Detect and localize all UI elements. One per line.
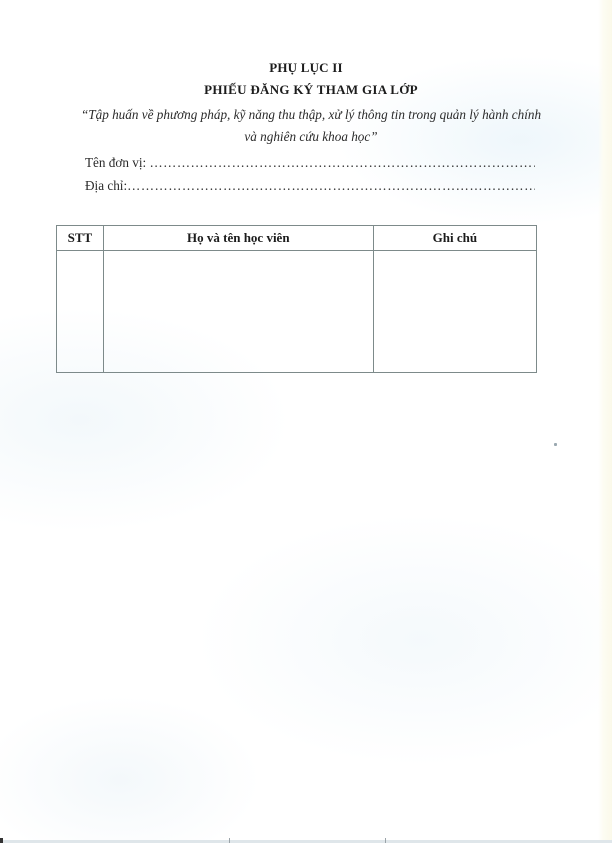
column-header-notes: Ghi chú (373, 226, 536, 251)
appendix-label: PHỤ LỤC II (0, 60, 612, 76)
address-label: Địa chỉ: (85, 178, 127, 193)
unit-name-input-line[interactable]: ……………………………………………………………………………… (149, 155, 535, 170)
course-title-line-1: “Tập huấn về phương pháp, kỹ năng thu th… (60, 104, 562, 126)
scan-speck (554, 443, 557, 446)
unit-name-label: Tên đơn vị: (85, 155, 149, 170)
column-header-stt: STT (57, 226, 104, 251)
form-title: PHIẾU ĐĂNG KÝ THAM GIA LỚP (0, 82, 612, 98)
edge-tick (229, 838, 230, 843)
cell-stt[interactable] (57, 251, 104, 373)
edge-tick (385, 838, 386, 843)
table-row (57, 251, 537, 373)
page-edge-strip (598, 0, 612, 843)
course-title-line-2: và nghiên cứu khoa học” (60, 126, 562, 148)
page-corner-mark (0, 838, 3, 843)
table-header-row: STT Họ và tên học viên Ghi chú (57, 226, 537, 251)
participant-table: STT Họ và tên học viên Ghi chú (56, 225, 537, 373)
cell-notes[interactable] (373, 251, 536, 373)
column-header-student-name: Họ và tên học viên (103, 226, 373, 251)
address-input-line[interactable]: ………………………………………………………………………………… (127, 178, 535, 193)
cell-student-name[interactable] (103, 251, 373, 373)
address-field[interactable]: Địa chỉ:………………………………………………………………………………… (85, 178, 535, 194)
unit-name-field[interactable]: Tên đơn vị: …………………………………………………………………………… (85, 155, 535, 171)
course-title: “Tập huấn về phương pháp, kỹ năng thu th… (60, 104, 562, 148)
